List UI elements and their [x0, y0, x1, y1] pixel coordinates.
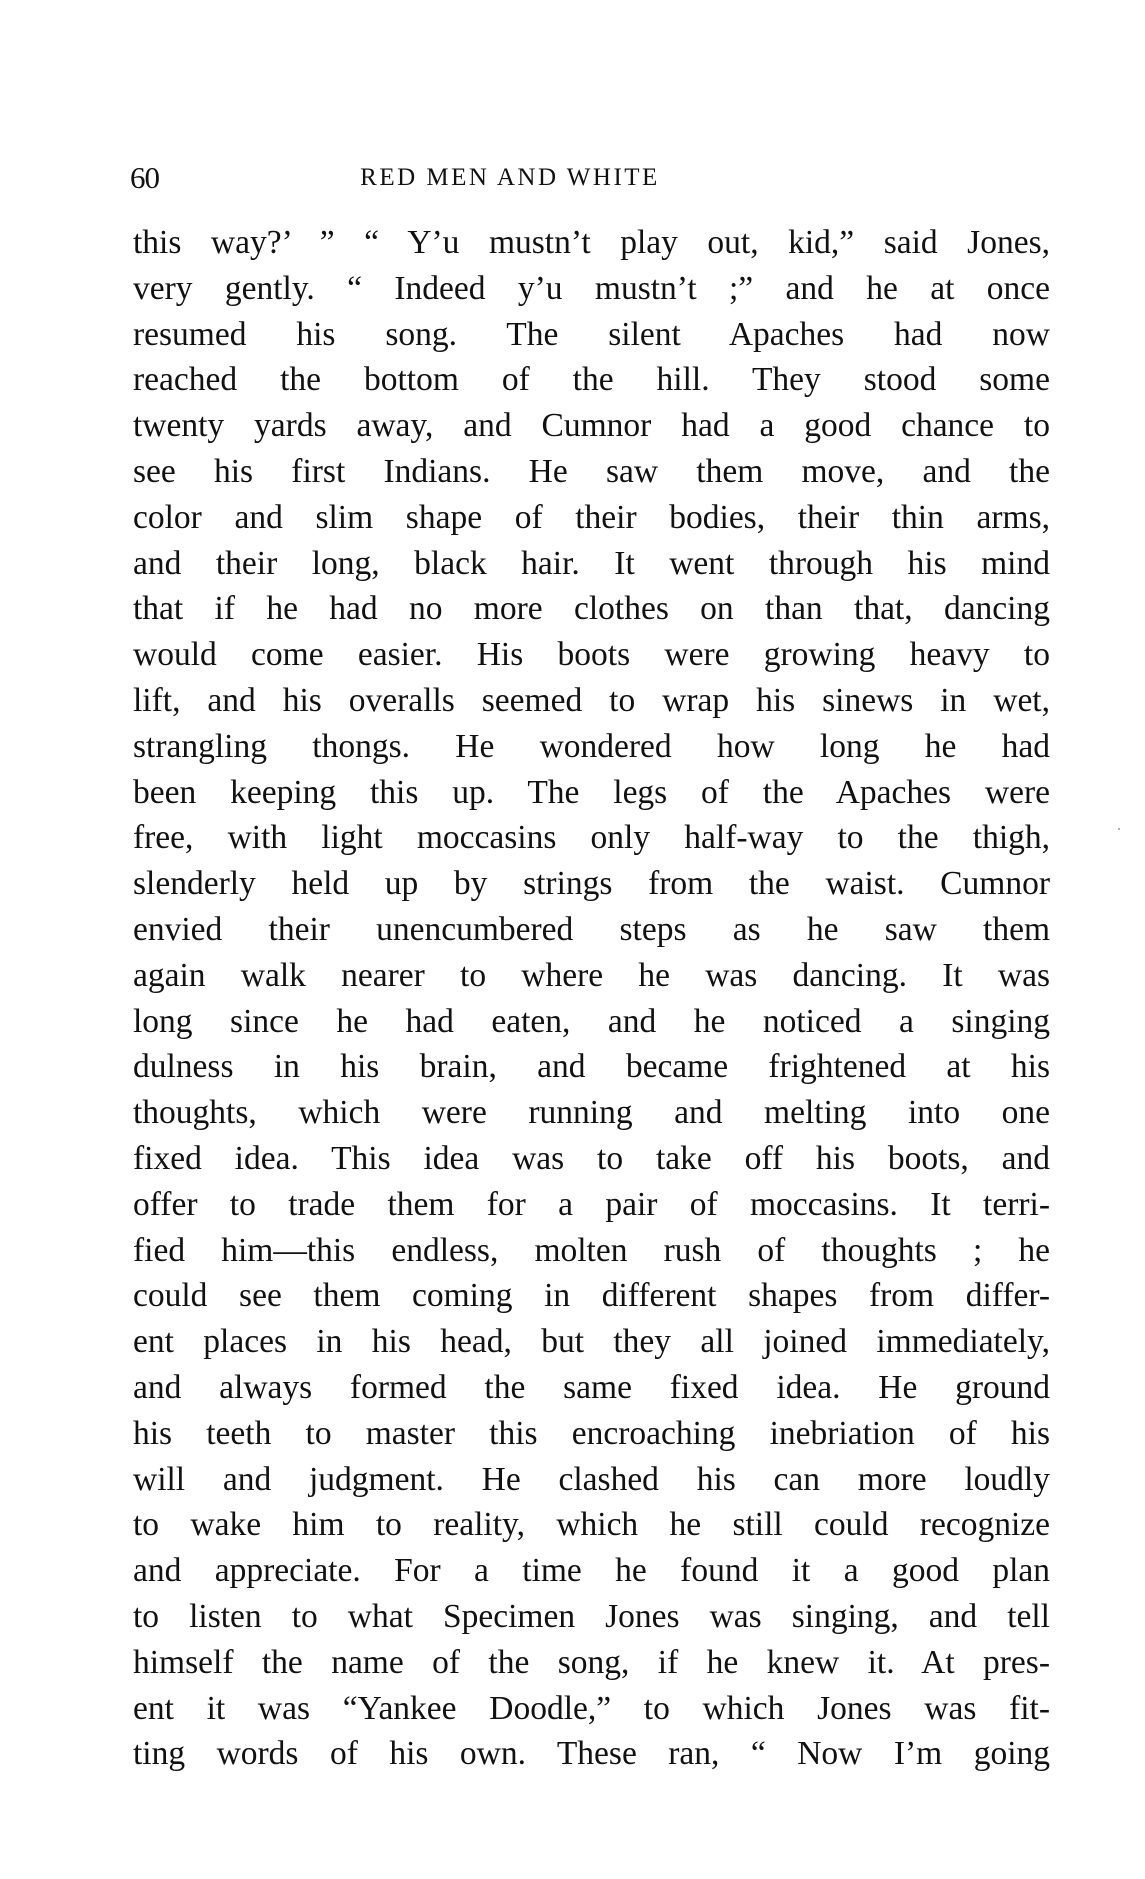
- book-page: 60 RED MEN AND WHITE this way?’ ” “ Y’u …: [0, 0, 1145, 1879]
- text-line: ting words of his own. These ran, “ Now …: [133, 1731, 1050, 1777]
- text-line: ent it was “Yankee Doodle,” to which Jon…: [133, 1686, 1050, 1732]
- text-line: fixed idea. This idea was to take off hi…: [133, 1136, 1050, 1182]
- text-line: strangling thongs. He wondered how long …: [133, 724, 1050, 770]
- text-line: will and judgment. He clashed his can mo…: [133, 1457, 1050, 1503]
- text-line: and appreciate. For a time he found it a…: [133, 1548, 1050, 1594]
- text-line: reached the bottom of the hill. They sto…: [133, 357, 1050, 403]
- text-line: long since he had eaten, and he noticed …: [133, 999, 1050, 1045]
- running-head: 60 RED MEN AND WHITE: [130, 158, 1050, 198]
- text-line: fied him—this endless, molten rush of th…: [133, 1228, 1050, 1274]
- text-line: slenderly held up by strings from the wa…: [133, 861, 1050, 907]
- text-line: twenty yards away, and Cumnor had a good…: [133, 403, 1050, 449]
- text-line: that if he had no more clothes on than t…: [133, 586, 1050, 632]
- text-line: offer to trade them for a pair of moccas…: [133, 1182, 1050, 1228]
- text-line: dulness in his brain, and became frighte…: [133, 1044, 1050, 1090]
- text-line: thoughts, which were running and melting…: [133, 1090, 1050, 1136]
- text-line: very gently. “ Indeed y’u mustn’t ;” and…: [133, 266, 1050, 312]
- text-line: lift, and his overalls seemed to wrap hi…: [133, 678, 1050, 724]
- text-line: and their long, black hair. It went thro…: [133, 541, 1050, 587]
- text-line: to wake him to reality, which he still c…: [133, 1502, 1050, 1548]
- body-text: this way?’ ” “ Y’u mustn’t play out, kid…: [133, 220, 1050, 1777]
- text-line: been keeping this up. The legs of the Ap…: [133, 770, 1050, 816]
- text-line: color and slim shape of their bodies, th…: [133, 495, 1050, 541]
- scan-speck: [1118, 828, 1120, 830]
- text-line: resumed his song. The silent Apaches had…: [133, 312, 1050, 358]
- text-line: would come easier. His boots were growin…: [133, 632, 1050, 678]
- text-line: again walk nearer to where he was dancin…: [133, 953, 1050, 999]
- text-line: see his first Indians. He saw them move,…: [133, 449, 1050, 495]
- text-line: himself the name of the song, if he knew…: [133, 1640, 1050, 1686]
- text-line: to listen to what Specimen Jones was sin…: [133, 1594, 1050, 1640]
- running-title: RED MEN AND WHITE: [50, 158, 970, 198]
- text-line: ent places in his head, but they all joi…: [133, 1319, 1050, 1365]
- text-line: and always formed the same fixed idea. H…: [133, 1365, 1050, 1411]
- text-line: free, with light moccasins only half-way…: [133, 815, 1050, 861]
- text-line: envied their unencumbered steps as he sa…: [133, 907, 1050, 953]
- text-line: could see them coming in different shape…: [133, 1273, 1050, 1319]
- text-line: his teeth to master this encroaching ine…: [133, 1411, 1050, 1457]
- text-line: this way?’ ” “ Y’u mustn’t play out, kid…: [133, 220, 1050, 266]
